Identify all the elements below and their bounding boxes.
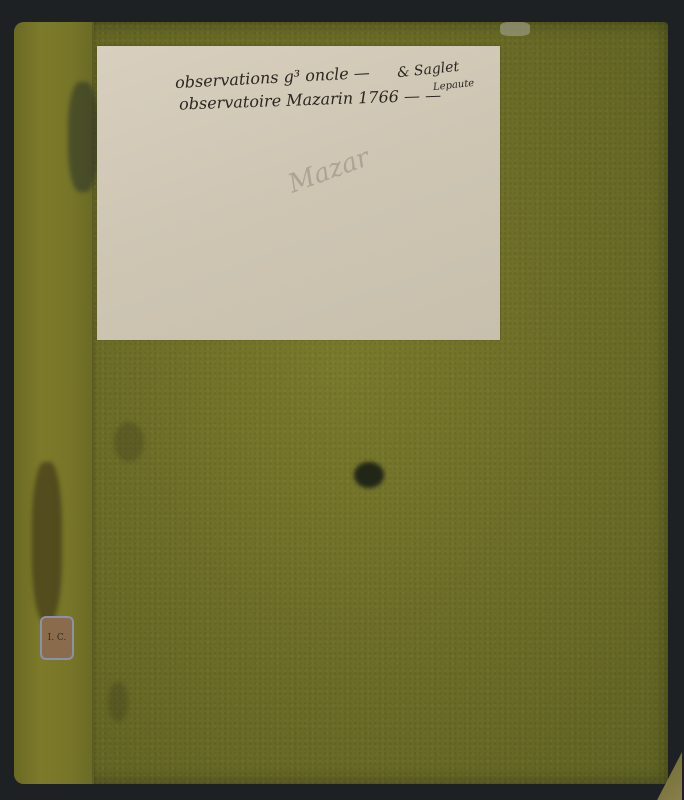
label-line-1: observations g³ oncle —: [175, 63, 371, 92]
torn-edge: [500, 22, 530, 36]
spine-shelf-label: I. C.: [40, 616, 74, 660]
worn-corner: [654, 752, 682, 800]
ink-blot: [354, 462, 384, 488]
stain-faint: [114, 422, 144, 462]
stain-lower-spine: [32, 462, 62, 622]
spine-label-text: I. C.: [48, 633, 67, 643]
label-line-1-right: & Saglet: [396, 59, 460, 81]
paper-label: observations g³ oncle — & Saglet Lepaute…: [97, 46, 500, 340]
stain-top-spine: [68, 82, 98, 192]
stain-faint-lower: [108, 682, 128, 722]
pencil-mark: Mazar: [284, 143, 373, 200]
